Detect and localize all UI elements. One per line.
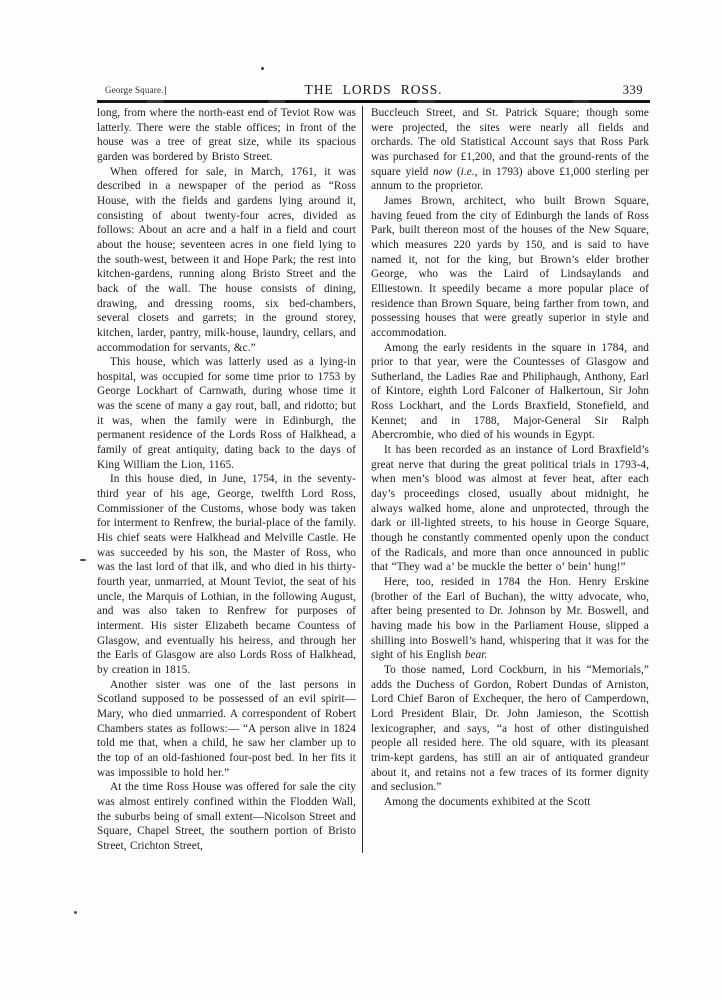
body-text: long, from where the north-east end of T… (97, 107, 356, 163)
body-text: This house, which was latterly used as a… (97, 356, 356, 471)
paragraph: James Brown, architect, who built Brown … (371, 194, 649, 341)
body-text: Among the early residents in the square … (371, 342, 649, 442)
body-text: In this house died, in June, 1754, in th… (97, 473, 356, 676)
page-number: 339 (623, 83, 643, 98)
scan-speck (80, 559, 86, 561)
paragraph: Here, too, resided in 1784 the Hon. Henr… (371, 575, 649, 663)
column-divider (362, 106, 363, 853)
running-head: George Square.] THE LORDS ROSS. 339 (97, 78, 650, 98)
body-text: To those named, Lord Cockburn, in his “M… (371, 664, 649, 793)
italic-text: bear. (465, 649, 488, 661)
page-title: THE LORDS ROSS. (97, 82, 650, 98)
body-text: Another sister was one of the last perso… (97, 679, 356, 779)
paragraph: This house, which was latterly used as a… (97, 355, 356, 472)
book-page: George Square.] THE LORDS ROSS. 339 long… (0, 0, 722, 1000)
body-text: At the time Ross House was offered for s… (97, 781, 356, 852)
paragraph: In this house died, in June, 1754, in th… (97, 472, 356, 677)
column-right: Buccleuch Street, and St. Patrick Square… (371, 106, 649, 853)
paragraph: long, from where the north-east end of T… (97, 106, 356, 165)
scan-speck (261, 67, 264, 70)
body-text: Among the documents exhibited at the Sco… (384, 796, 591, 808)
paragraph: Another sister was one of the last perso… (97, 678, 356, 781)
header-rule (97, 100, 650, 103)
italic-text: i.e. (461, 166, 475, 178)
scan-speck (74, 911, 77, 914)
body-text: ( (452, 166, 461, 178)
body-text: Here, too, resided in 1784 the Hon. Henr… (371, 576, 649, 661)
body-text: James Brown, architect, who built Brown … (371, 195, 649, 339)
paragraph: When offered for sale, in March, 1761, i… (97, 165, 356, 356)
text-block: long, from where the north-east end of T… (97, 106, 649, 853)
column-left: long, from where the north-east end of T… (97, 106, 356, 853)
paragraph: At the time Ross House was offered for s… (97, 780, 356, 853)
paragraph: It has been recorded as an instance of L… (371, 443, 649, 575)
paragraph: Among the early residents in the square … (371, 341, 649, 444)
body-text: When offered for sale, in March, 1761, i… (97, 166, 356, 354)
paragraph: Among the documents exhibited at the Sco… (371, 795, 649, 810)
paragraph: Buccleuch Street, and St. Patrick Square… (371, 106, 649, 194)
italic-text: now (433, 166, 452, 178)
body-text: It has been recorded as an instance of L… (371, 444, 649, 573)
paragraph: To those named, Lord Cockburn, in his “M… (371, 663, 649, 795)
